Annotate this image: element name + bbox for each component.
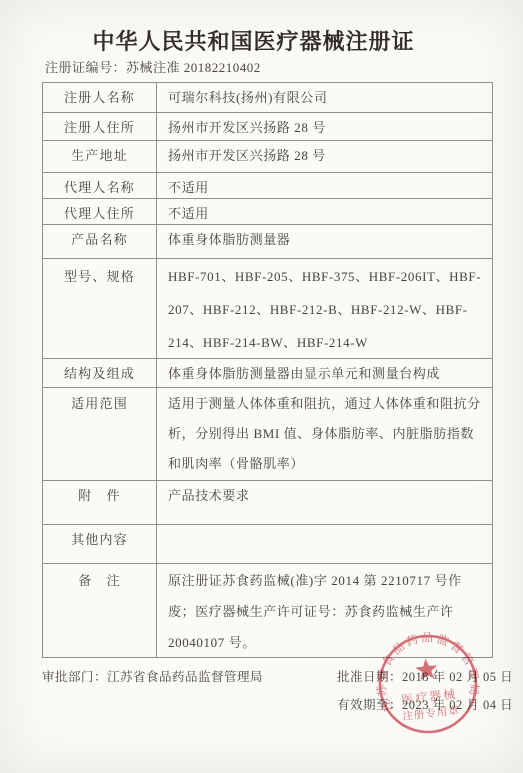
row-value <box>157 525 492 563</box>
row-label: 生产地址 <box>43 141 157 172</box>
row-value: 体重身体脂肪测量器 <box>157 225 492 258</box>
row-value: 不适用 <box>157 173 492 198</box>
row-label: 代理人住所 <box>43 199 157 224</box>
valid-until-date: 有效期至：2023 年 02 月 04 日 <box>337 695 513 713</box>
row-label: 其他内容 <box>43 525 157 563</box>
table-row-remarks: 备 注 原注册证苏食药监械(准)字 2014 第 2210717 号作废；医疗器… <box>43 564 492 657</box>
certificate-page: 中华人民共和国医疗器械注册证 注册证编号：苏械注准 20182210402 注册… <box>0 0 523 773</box>
certificate-table: 注册人名称 可瑞尔科技(扬州)有限公司 注册人住所 扬州市开发区兴扬路 28 号… <box>42 82 493 658</box>
row-value: 可瑞尔科技(扬州)有限公司 <box>157 83 492 112</box>
row-value: 原注册证苏食药监械(准)字 2014 第 2210717 号作废；医疗器械生产许… <box>157 564 492 657</box>
table-row-registrant-name: 注册人名称 可瑞尔科技(扬州)有限公司 <box>43 83 492 113</box>
table-row-production-address: 生产地址 扬州市开发区兴扬路 28 号 <box>43 141 492 173</box>
row-value: 产品技术要求 <box>157 481 492 524</box>
row-label: 产品名称 <box>43 225 157 258</box>
registration-number-label: 注册证编号： <box>45 60 126 75</box>
row-label: 型号、规格 <box>43 259 157 358</box>
row-label: 备 注 <box>43 564 157 657</box>
certificate-title: 中华人民共和国医疗器械注册证 <box>0 25 507 56</box>
row-label: 注册人住所 <box>43 113 157 140</box>
table-row-structure: 结构及组成 体重身体脂肪测量器由显示单元和测量台构成 <box>43 359 492 388</box>
table-row-intended-use: 适用范围 适用于测量人体体重和阻抗，通过人体体重和阻抗分析，分别得出 BMI 值… <box>43 388 492 481</box>
row-label: 结构及组成 <box>43 359 157 387</box>
table-row-agent-address: 代理人住所 不适用 <box>43 199 492 225</box>
table-row-agent-name: 代理人名称 不适用 <box>43 173 492 199</box>
row-label: 适用范围 <box>43 388 157 480</box>
row-value: HBF-701、HBF-205、HBF-375、HBF-206IT、HBF-20… <box>157 259 492 358</box>
table-row-attachment: 附 件 产品技术要求 <box>43 481 492 525</box>
row-value: 体重身体脂肪测量器由显示单元和测量台构成 <box>157 359 492 387</box>
table-row-registrant-address: 注册人住所 扬州市开发区兴扬路 28 号 <box>43 113 492 141</box>
row-label: 代理人名称 <box>43 173 157 198</box>
approval-department: 审批部门：江苏省食品药品监督管理局 <box>42 667 263 685</box>
table-row-product-name: 产品名称 体重身体脂肪测量器 <box>43 225 492 259</box>
row-value: 扬州市开发区兴扬路 28 号 <box>157 141 492 172</box>
row-value: 不适用 <box>157 199 492 224</box>
approval-date: 批准日期：2018 年 02 月 05 日 <box>337 667 513 685</box>
row-value: 适用于测量人体体重和阻抗，通过人体体重和阻抗分析，分别得出 BMI 值、身体脂肪… <box>157 388 492 480</box>
registration-number-value: 苏械注准 20182210402 <box>126 60 261 75</box>
table-row-other-content: 其他内容 <box>43 525 492 564</box>
row-label: 附 件 <box>43 481 157 524</box>
row-label: 注册人名称 <box>43 83 157 112</box>
row-value: 扬州市开发区兴扬路 28 号 <box>157 113 492 140</box>
table-row-models: 型号、规格 HBF-701、HBF-205、HBF-375、HBF-206IT、… <box>43 259 492 359</box>
registration-number-line: 注册证编号：苏械注准 20182210402 <box>45 57 261 76</box>
